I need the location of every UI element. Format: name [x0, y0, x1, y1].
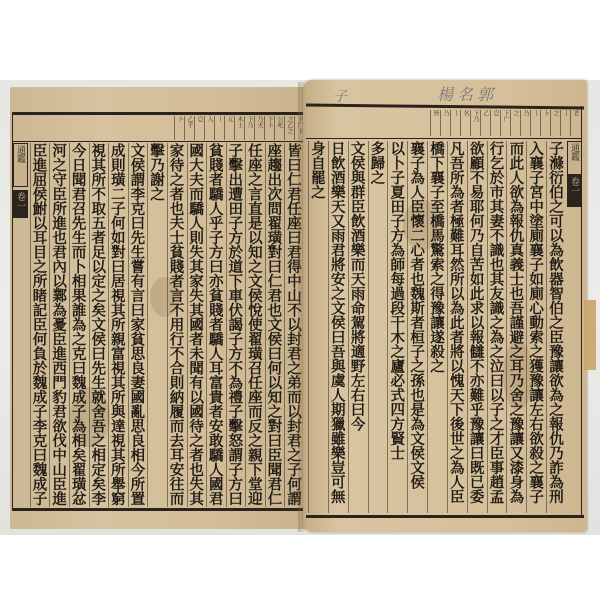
annotation: 名 [460, 110, 470, 136]
left-top-border [12, 112, 305, 115]
annotation: 乙乎 [184, 116, 194, 140]
right-header-annotations: 老 丨 之 卜 丨 乃 之 下广 皀 乙 下乃 名 丨 乃 皆 [308, 110, 580, 136]
pencil-annotation: 楊名郭 [437, 82, 497, 105]
side-label-volume: 卷一 [15, 192, 25, 210]
text-column: 日飲酒樂天又雨君將安之文侯曰吾與虞人期獵雖樂豈可無一會期哉乃往 [328, 141, 348, 513]
left-header-divider [12, 141, 305, 142]
annotation: 丨 [530, 110, 540, 136]
text-column: 以卜子夏田子方為師每過段干木之廬必式四方賢士 [387, 141, 407, 513]
text-column: 欲顧不易耶何乃自苦如此求以報讎不亦難乎豫讓曰既已委質為臣而又求殺之是二心也 [467, 141, 487, 513]
text-column: 多歸之 [368, 141, 388, 513]
text-column: 文侯謂李克曰先生嘗有言曰家貧思良妻國亂思良相今所置非 [128, 143, 148, 507]
annotation: 公叱 [274, 116, 284, 140]
annotation: 之乙之 [284, 116, 294, 140]
annotation: 木士 [234, 116, 244, 140]
left-bottom-border [12, 508, 305, 511]
annotation: 皆 [430, 110, 440, 136]
text-column: 成則璜二子何如對曰居視其所親富視其所與達視其所舉窮視其所不為貧 [108, 143, 128, 507]
annotation: 丨 [560, 110, 570, 136]
side-label-volume: 卷一 [569, 177, 579, 195]
annotation: 入 [204, 116, 214, 140]
text-column: 任座之言直是以知之文侯悅使翟璜召任座而反之親下堂迎之以為上客 [245, 143, 265, 507]
left-side-volume: 卷一 [13, 190, 28, 218]
text-column: 擊乃謝之 [147, 143, 167, 507]
text-column: 視其所不取五者足以定之矣文侯曰先生就舍吾之相定矣李克出見翟璜翟璜曰 [89, 143, 109, 507]
annotation: 五 [224, 116, 234, 140]
text-column: 河之守臣所進也君內以鄴為憂臣進西門豹君欲伐中山臣進樂羊中山已拔無使守之臣進先生君… [49, 143, 69, 507]
annotation: 丨 [450, 110, 460, 136]
text-column: 子擊出遭田子方於道下車伏謁子方不為禮子擊怒謂子方曰富貴者驕人乎 [226, 143, 246, 507]
annotation: 下乃 [244, 116, 254, 140]
text-column: 入襄子宮中塗廁襄子如廁心動索之獲豫讓左右欲殺之襄子曰智伯死無後 [526, 141, 546, 513]
text-column: 家待之者也夫士貧賤者言不用行不合則納履而去耳安往而不得貧賤哉子 [167, 143, 187, 507]
text-column: 文侯與群臣飲酒樂而天雨命駕將適野左右曰今 [348, 141, 368, 513]
right-bottom-border [306, 515, 584, 518]
annotation: 乃 [440, 110, 450, 136]
text-column: 臣進屈侯鮒以耳目之所睹記臣何負於魏成子李克曰魏成子食祿千鍾什九 [30, 143, 49, 507]
right-header-divider [306, 138, 582, 139]
annotation: 老 [570, 110, 580, 136]
annotation: 下乃 [470, 110, 480, 136]
right-main-text: 子滌衍伯之可以為飲器智伯之臣豫讓欲為之報仇乃詐為刑人挾匕首 入襄子宮中塗廁襄子如… [308, 141, 566, 513]
text-column: 行乞於市其妻不識也其友識之為之泣曰以子之才臣事趙孟必得近幸子乃為所 [487, 141, 507, 513]
text-column: 今日聞君召先生而卜相果誰為之克曰魏成子為相矣翟璜忿然作色曰西 [69, 143, 89, 507]
annotation: 下卜 [264, 116, 274, 140]
annotation: 乃 [520, 110, 530, 136]
annotation: 之 [550, 110, 560, 136]
text-column: 貧賤者驕人乎子方曰亦貧賤者驕人耳富貴者安敢驕人國君而驕人則失其 [206, 143, 226, 507]
paper-repair-strip [584, 300, 596, 370]
text-column: 國大夫而驕人則失其家失其國者未聞有以國待之者也失其家者未聞有以 [187, 143, 207, 507]
right-side-label: 通鑑 [567, 141, 582, 175]
left-side-label: 通鑑 [13, 143, 28, 187]
annotation: 乃犬 [254, 116, 264, 140]
text-column: 子滌衍伯之可以為飲器智伯之臣豫讓欲為之報仇乃詐為刑人挾匕首 [546, 141, 566, 513]
left-header-annotations: 下广下 之乙之 公叱 下卜 乃犬 下乃 木士 五 丨 入 皀 乙乎 卜 [14, 116, 304, 140]
annotation: 卜 [174, 116, 184, 140]
left-main-text: 皆曰仁君任座曰君得中山不以封君之弟而以封君之子何謂仁君文侯怒任 座趨出次問翟璜對… [30, 143, 304, 507]
text-column: 身自罷之 [308, 141, 328, 513]
side-label-title: 通鑑 [569, 143, 579, 161]
text-column: 而此人欲為報仇真義士也吾謹避之耳乃舍之豫讓又漆身為癩吞炭為啞 [506, 141, 526, 513]
text-column: 凡吾所為者極難耳然所以為此者將以愧天下後世之為人臣懷二心者也襄子出豫讓伏於 [447, 141, 467, 513]
annotation: 卜 [540, 110, 550, 136]
annotation: 乙 [480, 110, 490, 136]
annotation: 丨 [214, 116, 224, 140]
annotation: 皀 [194, 116, 204, 140]
side-label-title: 通鑑 [15, 145, 25, 163]
right-side-volume: 卷一 [567, 175, 582, 207]
annotation: 皀 [490, 110, 500, 136]
text-column: 襄子為人臣懷二心者也魏斯者桓子之孫也是為文侯文侯 [407, 141, 427, 513]
text-column: 座趨出次問翟璜對曰仁君也文侯曰何以知之對曰臣聞君仁則臣直向者 [265, 143, 285, 507]
annotation: 下广 [500, 110, 510, 136]
open-book: 下广下 之乙之 公叱 下卜 乃犬 下乃 木士 五 丨 入 皀 乙乎 卜 通鑑 卷… [0, 0, 600, 600]
text-column: 橋下襄子至橋馬驚索之得豫讓遂殺之 [427, 141, 447, 513]
annotation: 之 [510, 110, 520, 136]
